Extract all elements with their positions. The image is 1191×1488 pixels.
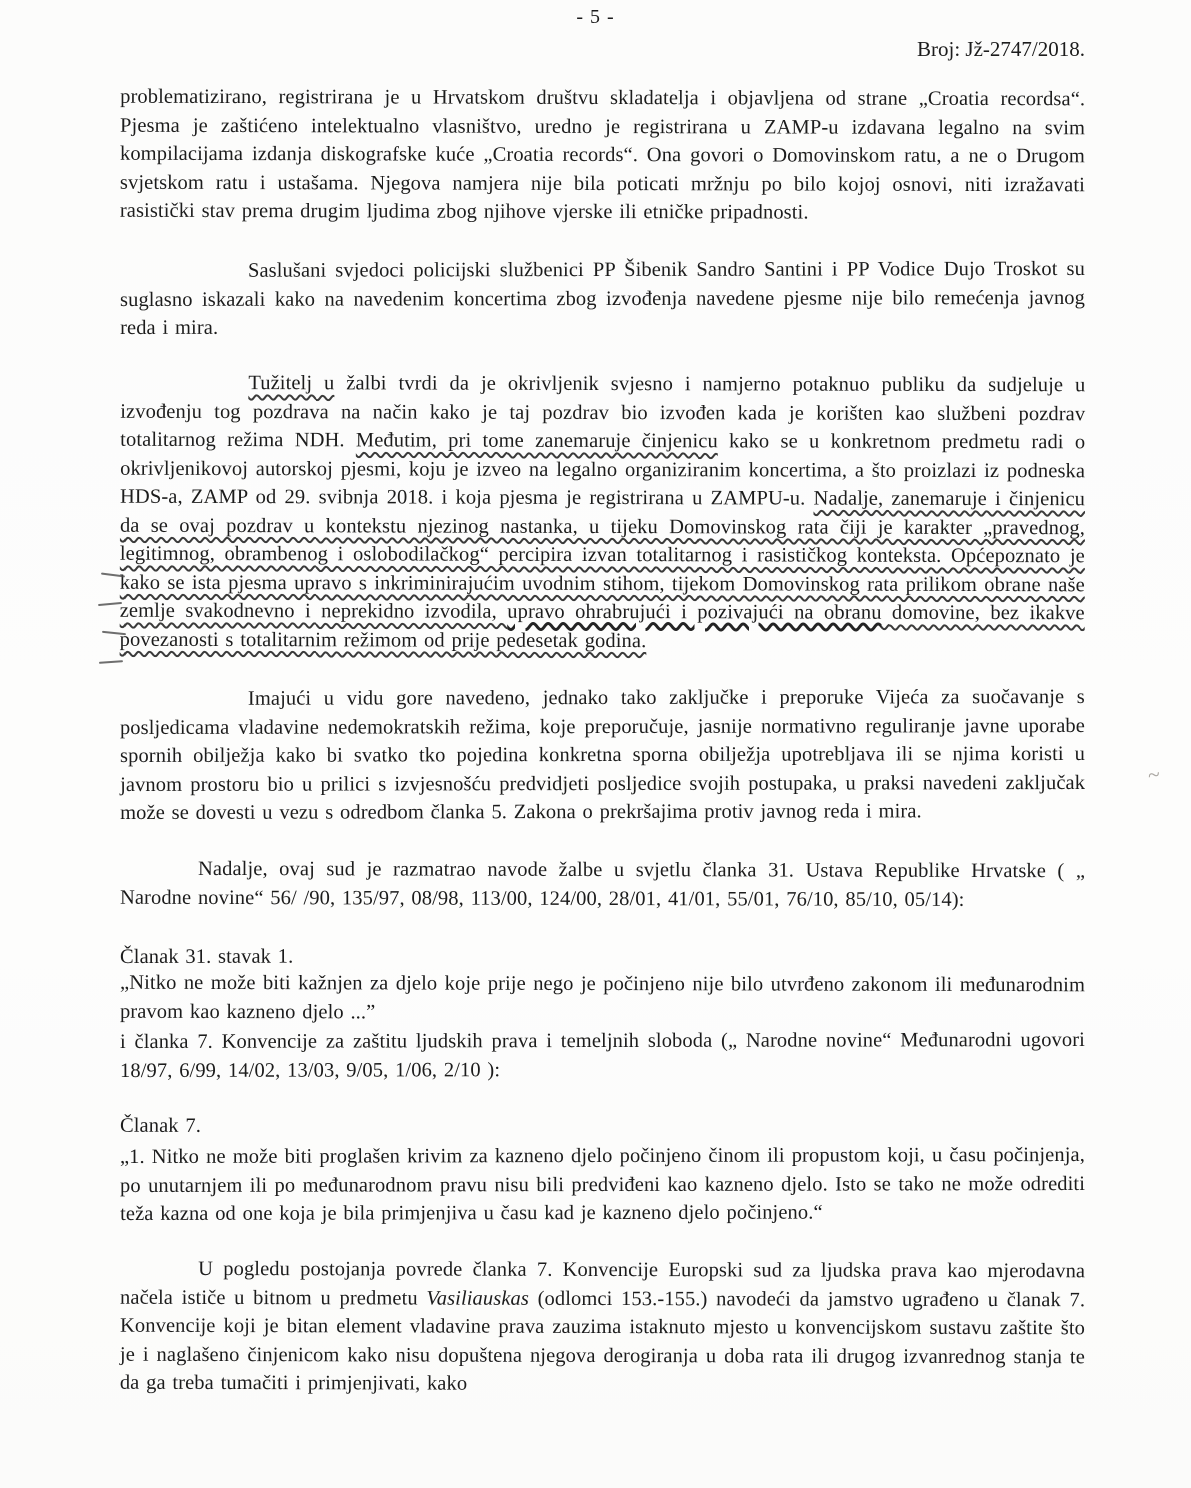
scanned-document-page: - 5 - Broj: Jž-2747/2018. problematizira… — [0, 0, 1191, 1488]
text-run: problematizirano, registrirana je u Hrva… — [120, 86, 1085, 224]
paragraph: Članak 7. — [120, 1112, 1085, 1143]
paragraph: problematizirano, registrirana je u Hrva… — [120, 83, 1085, 228]
italic-text-run: Vasiliauskas — [426, 1287, 529, 1309]
case-number: Broj: Jž-2747/2018. — [0, 37, 1191, 62]
text-run: Članak 7. — [120, 1115, 201, 1137]
pen-underlined-text: Tužitelj u — [248, 372, 334, 394]
document-body: problematizirano, registrirana je u Hrva… — [0, 84, 1191, 1399]
paragraph: Tužitelj u žalbi tvrdi da je okrivljenik… — [120, 369, 1086, 657]
text-run: Imajući u vidu gore navedeno, jednako ta… — [120, 686, 1085, 824]
pen-underlined-text: upravo ohrabrujući i pozivajući na obran… — [507, 601, 881, 624]
paragraph: Imajući u vidu gore navedeno, jednako ta… — [120, 683, 1085, 828]
text-run: Članak 31. stavak 1. — [120, 945, 293, 967]
text-run: Nadalje, ovaj sud je razmatrao navode ža… — [120, 857, 1085, 910]
paragraph: i članka 7. Konvencije za zaštitu ljudsk… — [120, 1026, 1085, 1085]
paragraph: Saslušani svjedoci policijski službenici… — [120, 254, 1085, 342]
pen-underlined-text: Međutim, pri tome zanemaruje činjenicu — [356, 429, 718, 452]
text-run: „1. Nitko ne može biti proglašen krivim … — [120, 1143, 1085, 1224]
page-number: - 5 - — [0, 0, 1191, 29]
text-run: „Nitko ne može biti kažnjen za djelo koj… — [120, 972, 1085, 1023]
paragraph: „1. Nitko ne može biti proglašen krivim … — [120, 1140, 1085, 1228]
paragraph: Nadalje, ovaj sud je razmatrao navode ža… — [120, 854, 1085, 914]
text-run: Saslušani svjedoci policijski službenici… — [120, 257, 1085, 338]
text-run: i članka 7. Konvencije za zaštitu ljudsk… — [120, 1029, 1085, 1082]
paragraph: „Nitko ne može biti kažnjen za djelo koj… — [120, 969, 1085, 1029]
paragraph: U pogledu postojanja povrede članka 7. K… — [120, 1255, 1085, 1400]
paragraph: Članak 31. stavak 1. — [120, 940, 1085, 971]
